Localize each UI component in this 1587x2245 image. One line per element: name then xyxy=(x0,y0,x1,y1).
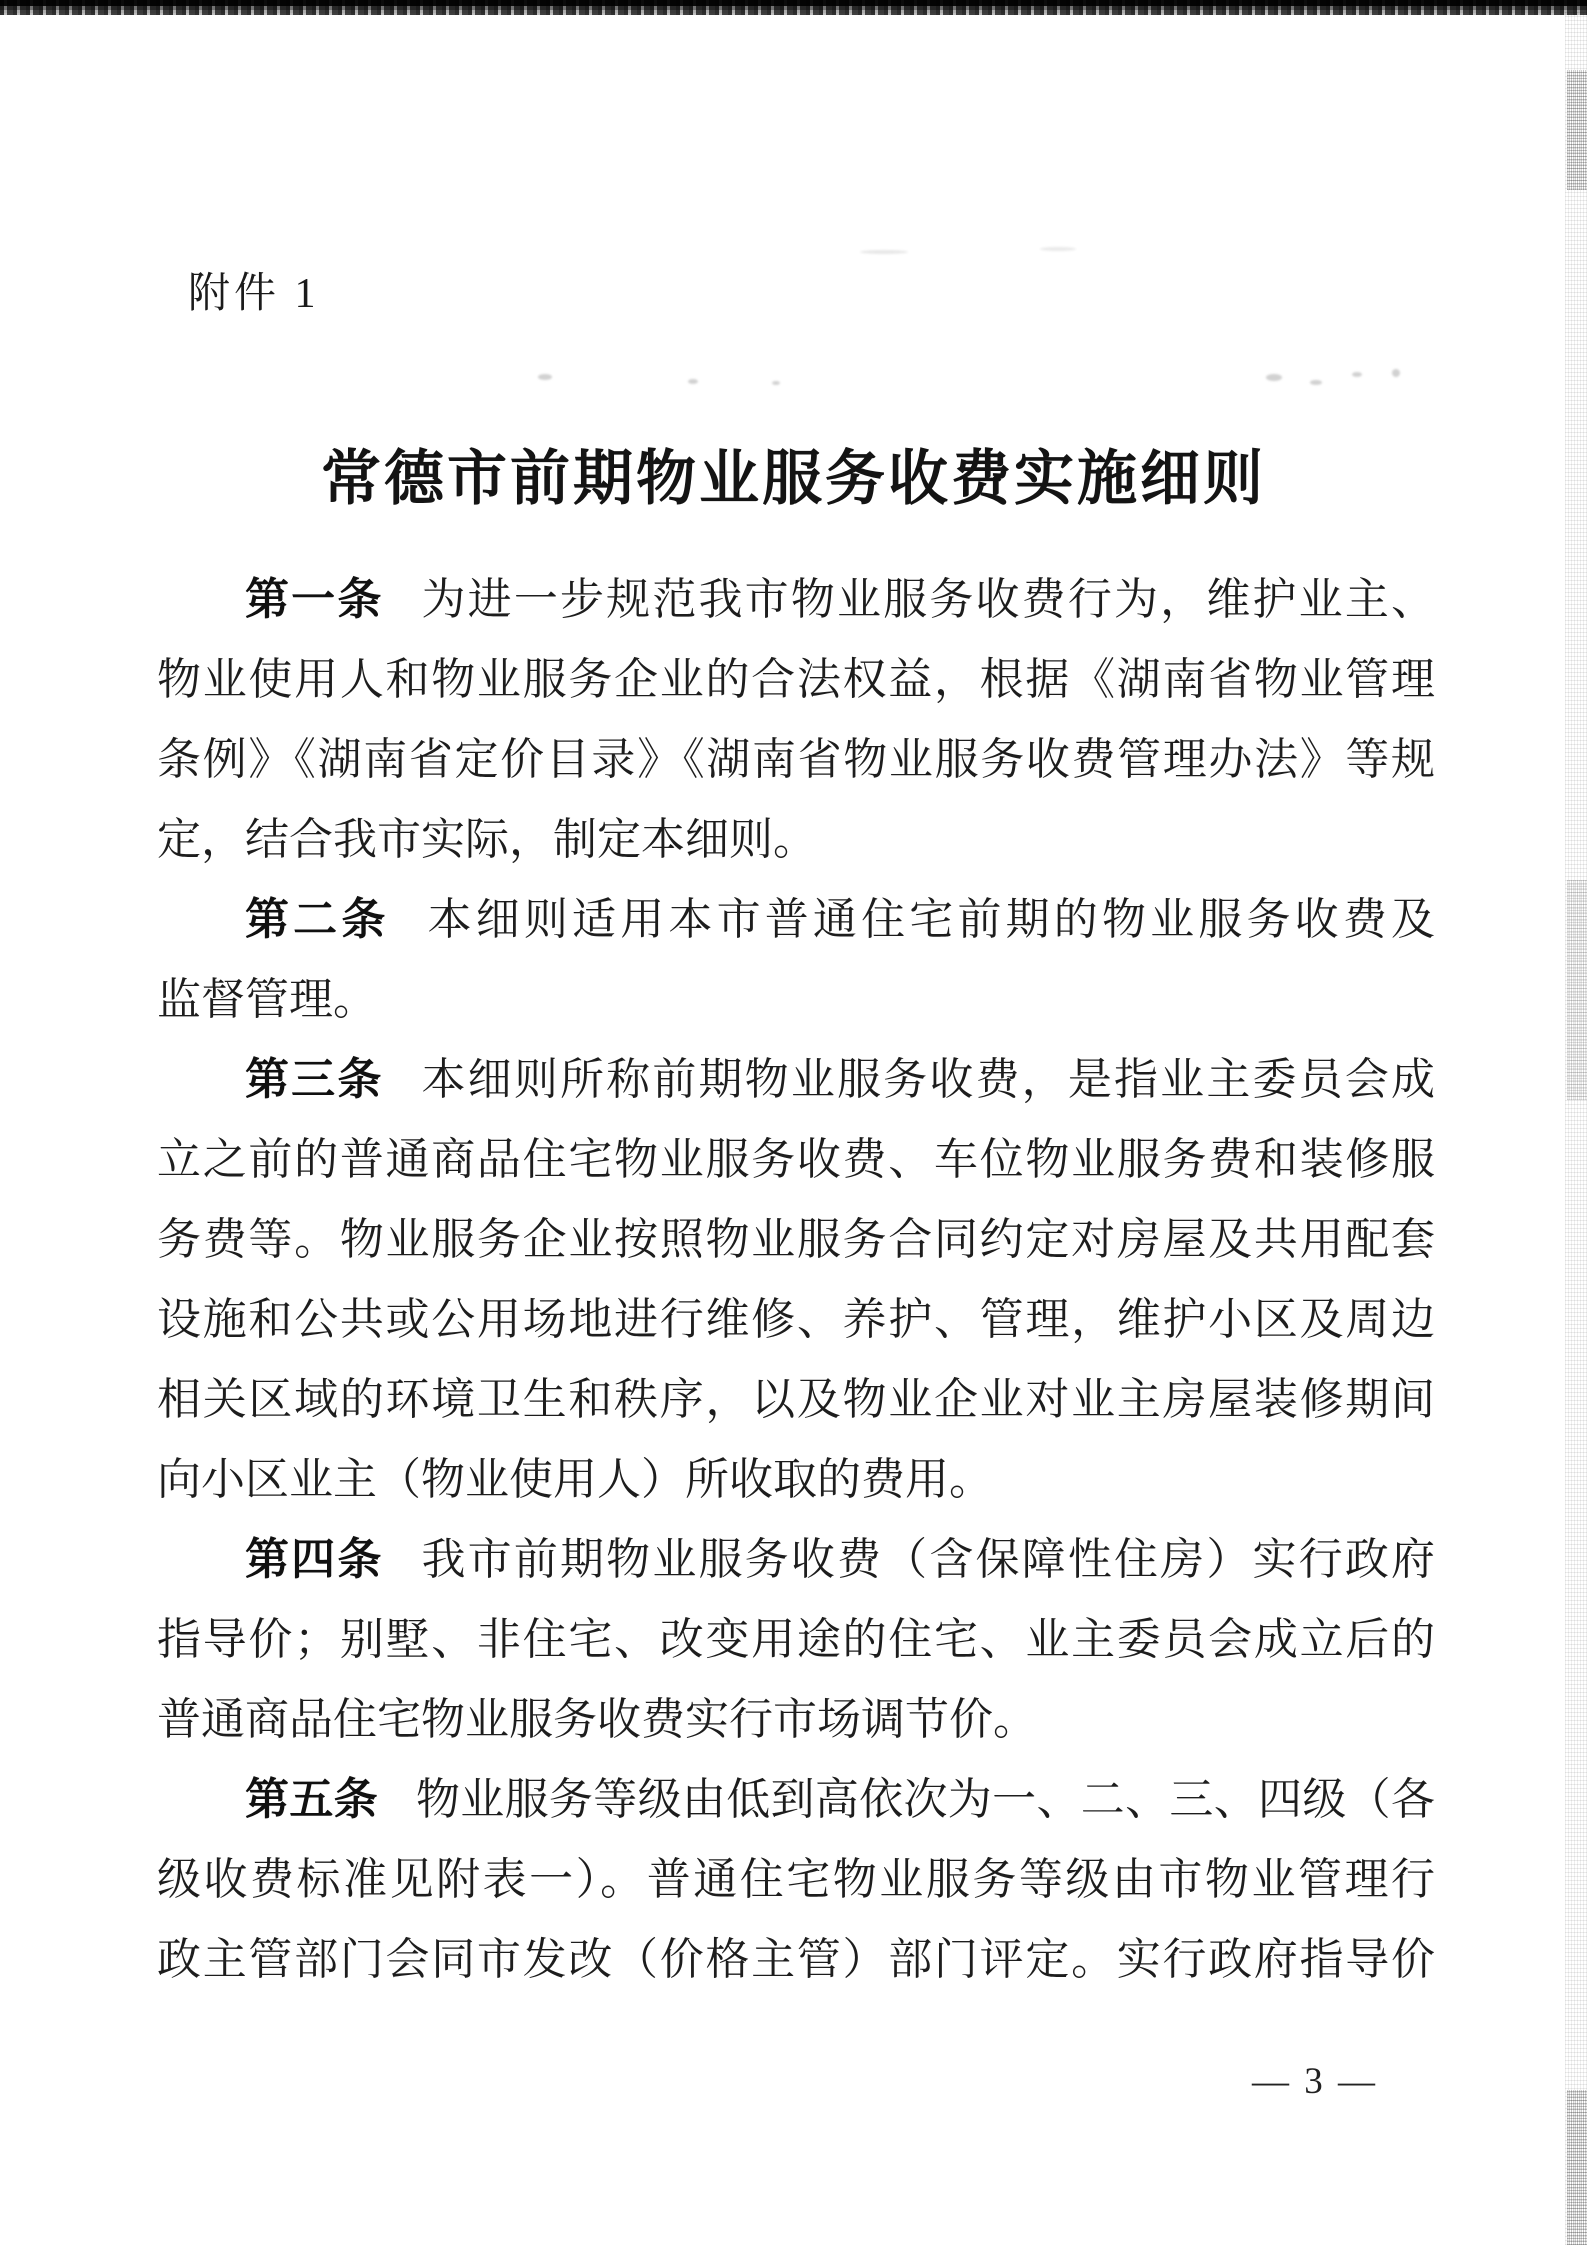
article-line-text: 本细则所称前期物业服务收费，是指业主委员会成 xyxy=(422,1055,1436,1104)
article-line: 定，结合我市实际，制定本细则。 xyxy=(157,800,1435,880)
scan-noise-patch xyxy=(1567,880,1587,1100)
document-title: 常德市前期物业服务收费实施细则 xyxy=(0,441,1587,517)
article-term: 第五条 xyxy=(245,1775,378,1824)
article-line: 第五条物业服务等级由低到高依次为一、二、三、四级（各 xyxy=(157,1760,1435,1840)
article-paragraph-3: 第三条本细则所称前期物业服务收费，是指业主委员会成 立之前的普通商品住宅物业服务… xyxy=(157,1040,1435,1520)
scan-smudge xyxy=(1040,247,1076,251)
article-term: 第三条 xyxy=(245,1055,384,1104)
document-body: 第一条为进一步规范我市物业服务收费行为，维护业主、 物业使用人和物业服务企业的合… xyxy=(157,560,1435,2000)
article-line: 普通商品住宅物业服务收费实行市场调节价。 xyxy=(157,1680,1435,1760)
article-term: 第四条 xyxy=(245,1535,384,1584)
article-line: 第一条为进一步规范我市物业服务收费行为，维护业主、 xyxy=(157,560,1435,640)
article-line: 级收费标准见附表一）。普通住宅物业服务等级由市物业管理行 xyxy=(157,1840,1435,1920)
article-paragraph-2: 第二条本细则适用本市普通住宅前期的物业服务收费及 监督管理。 xyxy=(157,880,1435,1040)
article-line: 政主管部门会同市发改（价格主管）部门评定。实行政府指导价 xyxy=(157,1920,1435,2000)
article-line: 设施和公共或公用场地进行维修、养护、管理，维护小区及周边 xyxy=(157,1280,1435,1360)
article-line: 相关区域的环境卫生和秩序，以及物业企业对业主房屋装修期间 xyxy=(157,1360,1435,1440)
scan-smudge xyxy=(538,374,552,380)
article-line-text: 为进一步规范我市物业服务收费行为，维护业主、 xyxy=(422,575,1436,624)
scan-noise-right xyxy=(1565,12,1587,2245)
article-line: 条例》《湖南省定价目录》《湖南省物业服务收费管理办法》等规 xyxy=(157,720,1435,800)
article-line: 立之前的普通商品住宅物业服务收费、车位物业服务费和装修服 xyxy=(157,1120,1435,1200)
scan-edge-top xyxy=(0,0,1587,15)
article-paragraph-1: 第一条为进一步规范我市物业服务收费行为，维护业主、 物业使用人和物业服务企业的合… xyxy=(157,560,1435,880)
article-line: 第二条本细则适用本市普通住宅前期的物业服务收费及 xyxy=(157,880,1435,960)
scan-noise-patch xyxy=(1567,2090,1587,2245)
scan-smudge xyxy=(1266,374,1282,381)
document-page: 附件 1 常德市前期物业服务收费实施细则 第一条为进一步规范我市物业服务收费行为… xyxy=(0,0,1587,2245)
article-line: 指导价；别墅、非住宅、改变用途的住宅、业主委员会成立后的 xyxy=(157,1600,1435,1680)
article-line-text: 本细则适用本市普通住宅前期的物业服务收费及 xyxy=(428,895,1435,944)
scan-smudge xyxy=(860,250,908,254)
article-term: 第二条 xyxy=(245,895,390,944)
page-number: — 3 — xyxy=(1252,2060,1378,2103)
article-line: 物业使用人和物业服务企业的合法权益，根据《湖南省物业管理 xyxy=(157,640,1435,720)
article-line: 监督管理。 xyxy=(157,960,1435,1040)
article-paragraph-4: 第四条我市前期物业服务收费（含保障性住房）实行政府 指导价；别墅、非住宅、改变用… xyxy=(157,1520,1435,1760)
scan-smudge xyxy=(772,381,780,385)
article-paragraph-5: 第五条物业服务等级由低到高依次为一、二、三、四级（各 级收费标准见附表一）。普通… xyxy=(157,1760,1435,2000)
scan-smudge xyxy=(1352,372,1362,377)
article-line: 向小区业主（物业使用人）所收取的费用。 xyxy=(157,1440,1435,1520)
article-term: 第一条 xyxy=(245,575,384,624)
article-line: 第四条我市前期物业服务收费（含保障性住房）实行政府 xyxy=(157,1520,1435,1600)
article-line: 第三条本细则所称前期物业服务收费，是指业主委员会成 xyxy=(157,1040,1435,1120)
article-line-text: 我市前期物业服务收费（含保障性住房）实行政府 xyxy=(422,1535,1436,1584)
scan-smudge xyxy=(688,379,698,384)
scan-noise-patch xyxy=(1567,70,1587,190)
scan-smudge xyxy=(1392,369,1400,377)
scan-smudge xyxy=(1310,380,1322,385)
article-line: 务费等。物业服务企业按照物业服务合同约定对房屋及共用配套 xyxy=(157,1200,1435,1280)
article-line-text: 物业服务等级由低到高依次为一、二、三、四级（各 xyxy=(416,1775,1435,1824)
attachment-label: 附件 1 xyxy=(188,270,320,318)
